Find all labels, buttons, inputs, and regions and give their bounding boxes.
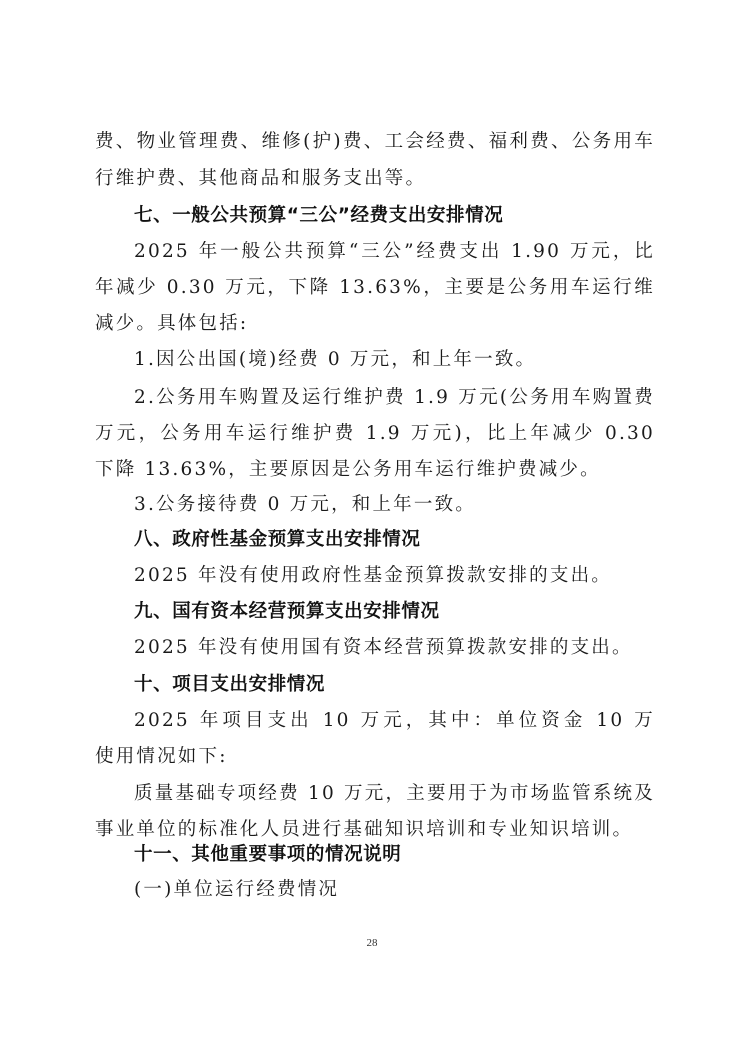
sub-heading: (一)单位运行经费情况 — [134, 879, 655, 901]
section-heading-11: 十一、其他重要事项的情况说明 — [134, 844, 655, 866]
body-text-line: 年减少 0.30 万元，下降 13.63%，主要是公务用车运行维护费 — [95, 277, 655, 299]
body-text-line: 质量基础专项经费 10 万元，主要用于为市场监管系统及企 — [134, 783, 655, 805]
body-text-line: 万元，公务用车运行维护费 1.9 万元)，比上年减少 0.30 万元， — [95, 423, 655, 445]
body-text-line: 费、物业管理费、维修(护)费、工会经费、福利费、公务用车运 — [95, 131, 655, 153]
body-text-line: 2025 年没有使用政府性基金预算拨款安排的支出。 — [134, 565, 655, 587]
list-item-3: 3.公务接待费 0 万元，和上年一致。 — [134, 494, 655, 516]
body-text-line: 减少。具体包括: — [95, 313, 655, 335]
body-text-line: 2025 年没有使用国有资本经营预算拨款安排的支出。 — [134, 637, 655, 659]
body-text-line: 2025 年项目支出 10 万元，其中：单位资金 10 万元。具体 — [134, 710, 655, 732]
body-text-line: 2025 年一般公共预算“三公”经费支出 1.90 万元，比 2024 — [134, 241, 655, 263]
body-text-line: 事业单位的标准化人员进行基础知识培训和专业知识培训。 — [95, 819, 655, 841]
document-page: 费、物业管理费、维修(护)费、工会经费、福利费、公务用车运 行维护费、其他商品和… — [0, 0, 744, 1052]
section-heading-8: 八、政府性基金预算支出安排情况 — [134, 529, 655, 551]
body-text-line: 下降 13.63%，主要原因是公务用车运行维护费减少。 — [95, 459, 655, 481]
list-item-2: 2.公务用车购置及运行维护费 1.9 万元(公务用车购置费 0 — [134, 387, 655, 409]
body-text-line: 行维护费、其他商品和服务支出等。 — [95, 168, 655, 190]
body-text-line: 使用情况如下: — [95, 746, 655, 768]
page-number: 28 — [0, 937, 744, 949]
section-heading-9: 九、国有资本经营预算支出安排情况 — [134, 601, 655, 623]
list-item-1: 1.因公出国(境)经费 0 万元，和上年一致。 — [134, 349, 655, 371]
section-heading-7: 七、一般公共预算“三公”经费支出安排情况 — [134, 205, 655, 227]
section-heading-10: 十、项目支出安排情况 — [134, 674, 655, 696]
